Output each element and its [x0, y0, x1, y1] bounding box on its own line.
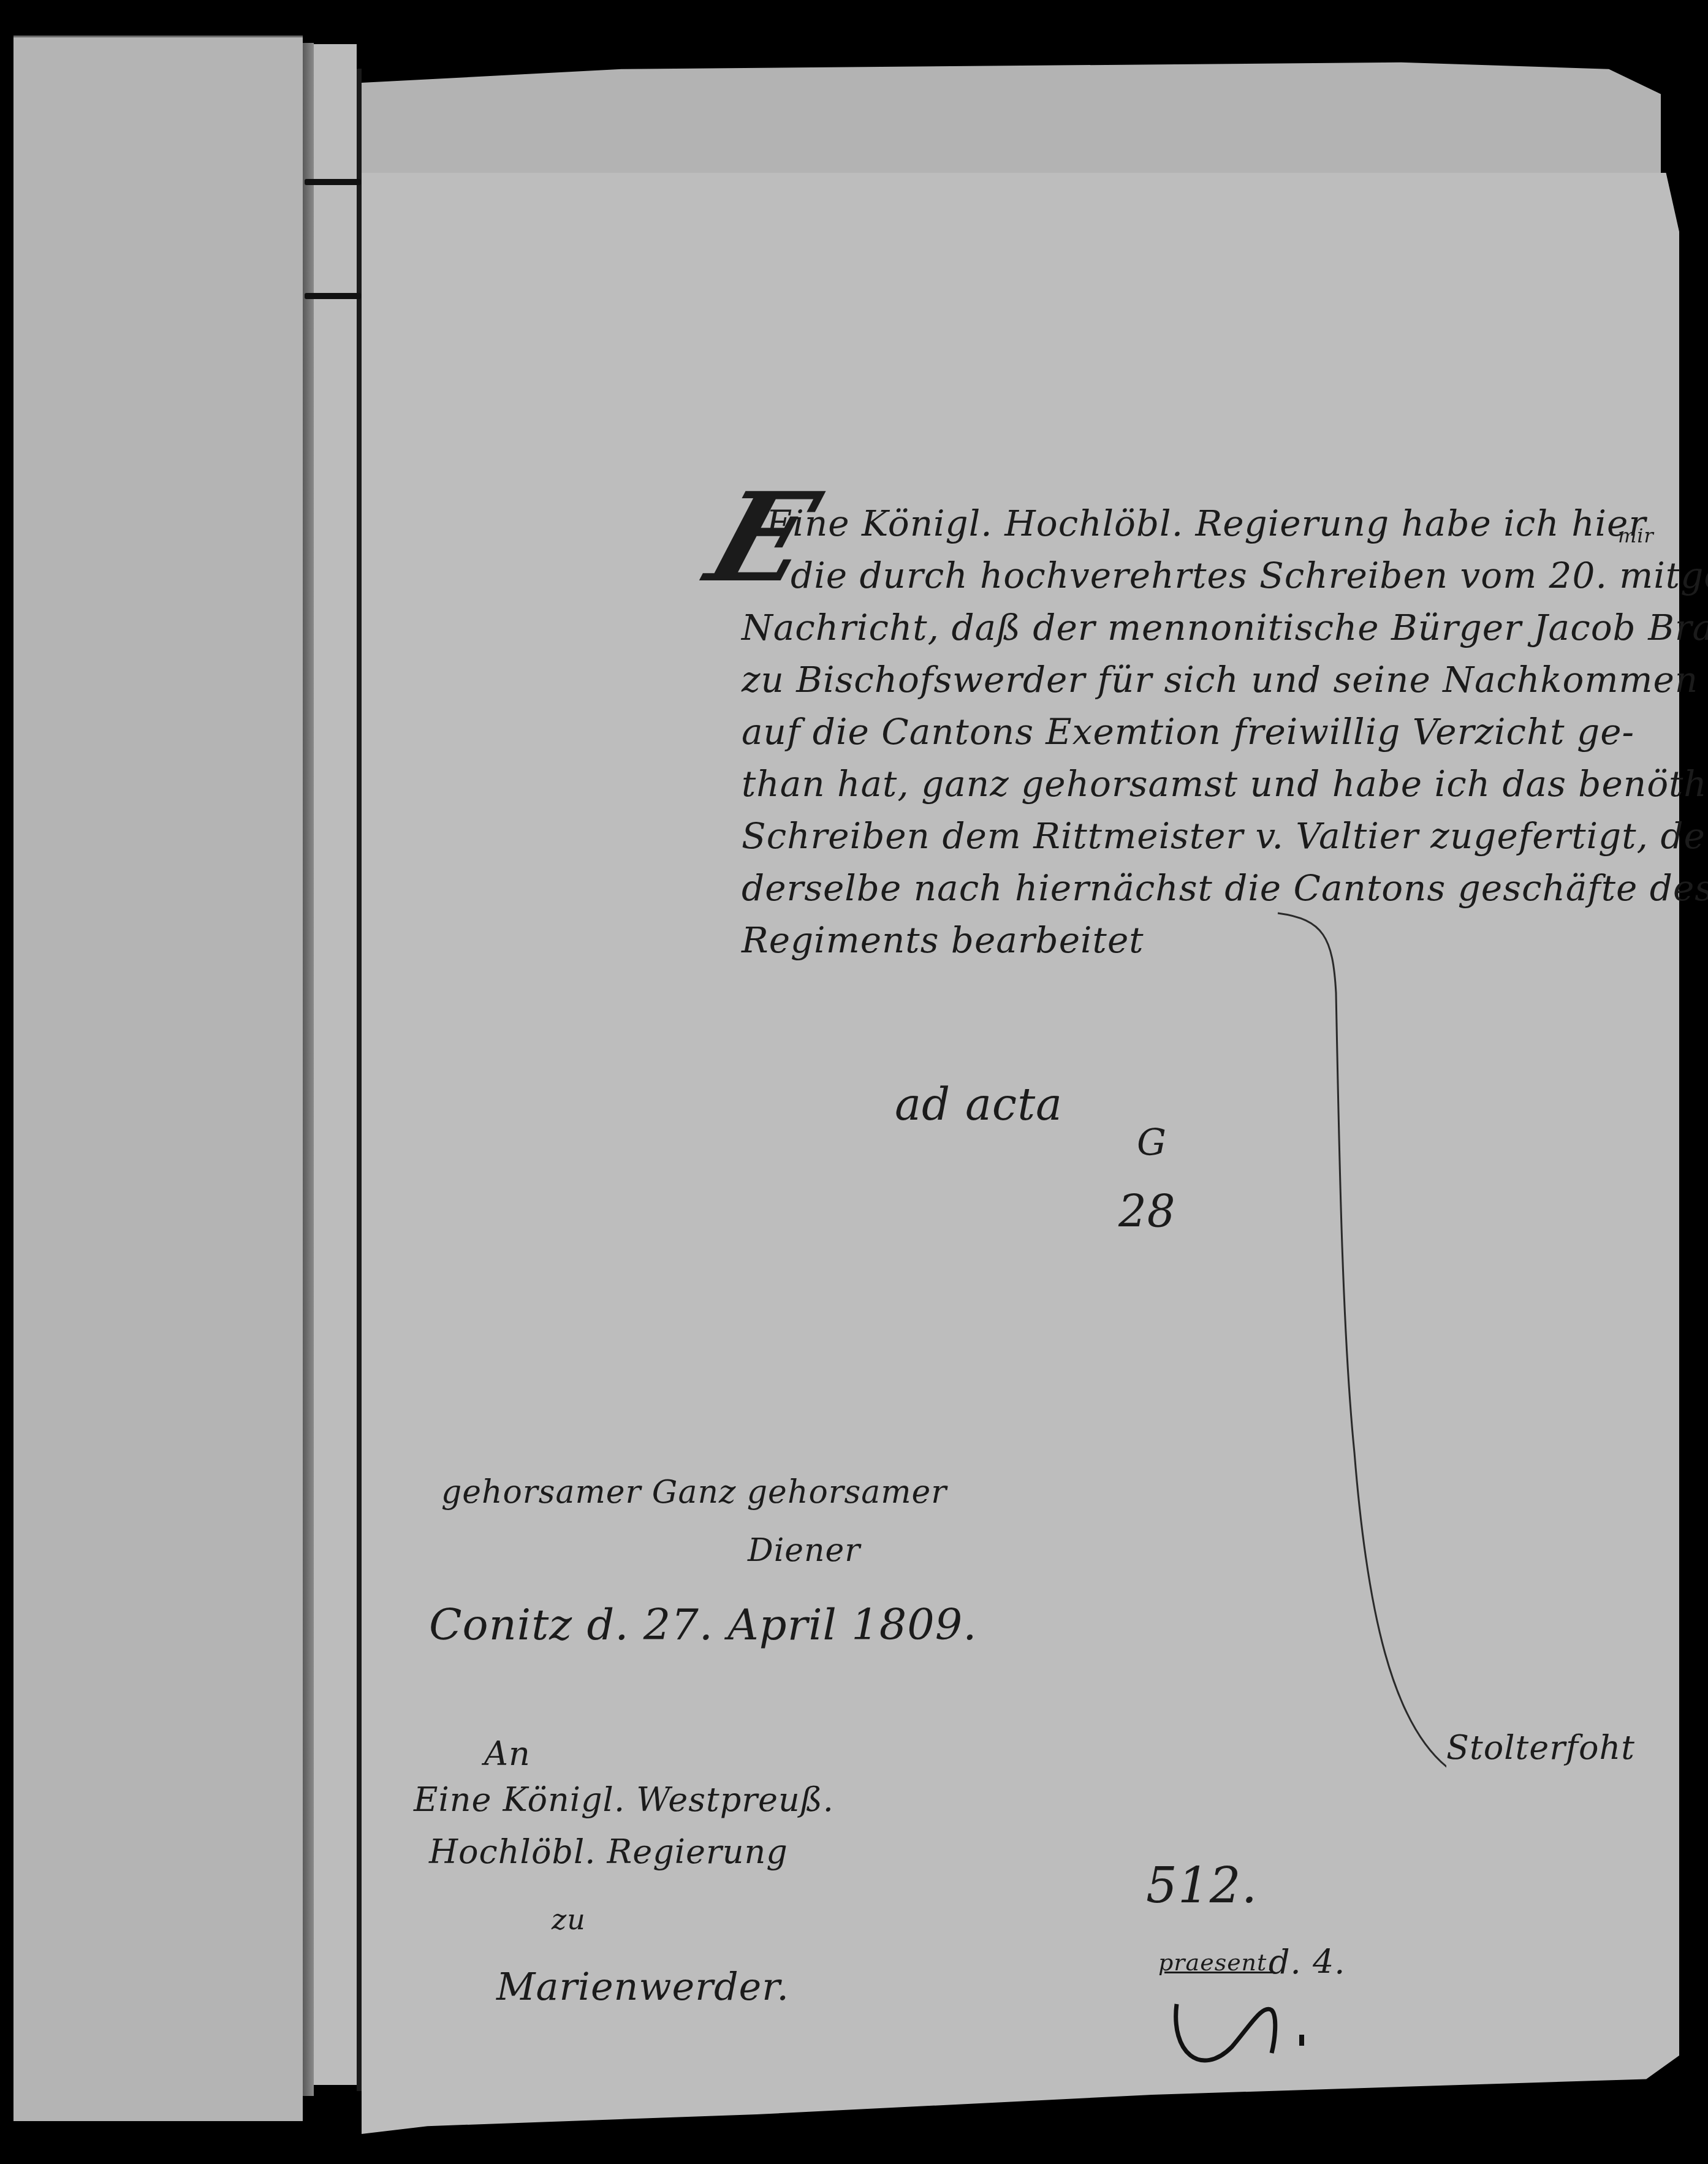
address-line: zu	[552, 1903, 586, 1936]
binding-stitch	[305, 179, 361, 185]
signature: Stolterfoht	[1446, 1728, 1635, 1767]
folded-top-edge	[362, 60, 1661, 173]
spine-edge-line	[357, 69, 362, 2091]
body-line: derselbe nach hiernächst die Cantons ges…	[742, 867, 1708, 909]
binding-stitch	[305, 293, 361, 299]
docket-number: 512.	[1146, 1857, 1258, 1914]
body-line: zu Bischofswerder für sich und seine Nac…	[742, 659, 1698, 700]
binding-spine-strip	[314, 44, 357, 2085]
ink-dot	[1299, 2035, 1304, 2046]
body-line: auf die Cantons Exemtion freiwillig Verz…	[742, 711, 1634, 753]
docket-note2: d. 4.	[1269, 1943, 1345, 1981]
bracket-line-icon	[1250, 901, 1446, 1802]
address-line: An	[484, 1734, 531, 1773]
body-line: Nachricht, daß der mennonitische Bürger …	[742, 607, 1708, 648]
closing-formula: gehorsamer Ganz gehorsamer	[441, 1474, 947, 1511]
annotation-initial: G	[1137, 1122, 1167, 1164]
body-line: die durch hochverehrtes Schreiben vom 20…	[791, 555, 1708, 596]
ad-acta-text: ad acta	[895, 1079, 1063, 1130]
body-line: Eine Königl. Hochlöbl. Regierung habe ic…	[766, 503, 1646, 544]
address-line: Hochlöbl. Regierung	[429, 1832, 788, 1871]
body-line: than hat, ganz gehorsamst und habe ich d…	[742, 763, 1708, 805]
address-line: Eine Königl. Westpreuß.	[414, 1780, 834, 1819]
flourish-icon	[1164, 1992, 1287, 2071]
address-line: Marienwerder.	[496, 1964, 789, 2009]
place-date: Conitz d. 27. April 1809.	[429, 1600, 977, 1650]
left-binding-leaf	[13, 36, 303, 2121]
closing-formula-line2: Diener	[748, 1532, 860, 1569]
annotation-number: 28	[1118, 1186, 1176, 1237]
docket-note: praesent.	[1158, 1949, 1275, 1976]
body-line: Regiments bearbeitet	[742, 919, 1144, 961]
body-line: Schreiben dem Rittmeister v. Valtier zug…	[742, 815, 1708, 857]
spine-shadow	[303, 43, 314, 2096]
superscript-insert: mir	[1618, 524, 1654, 547]
